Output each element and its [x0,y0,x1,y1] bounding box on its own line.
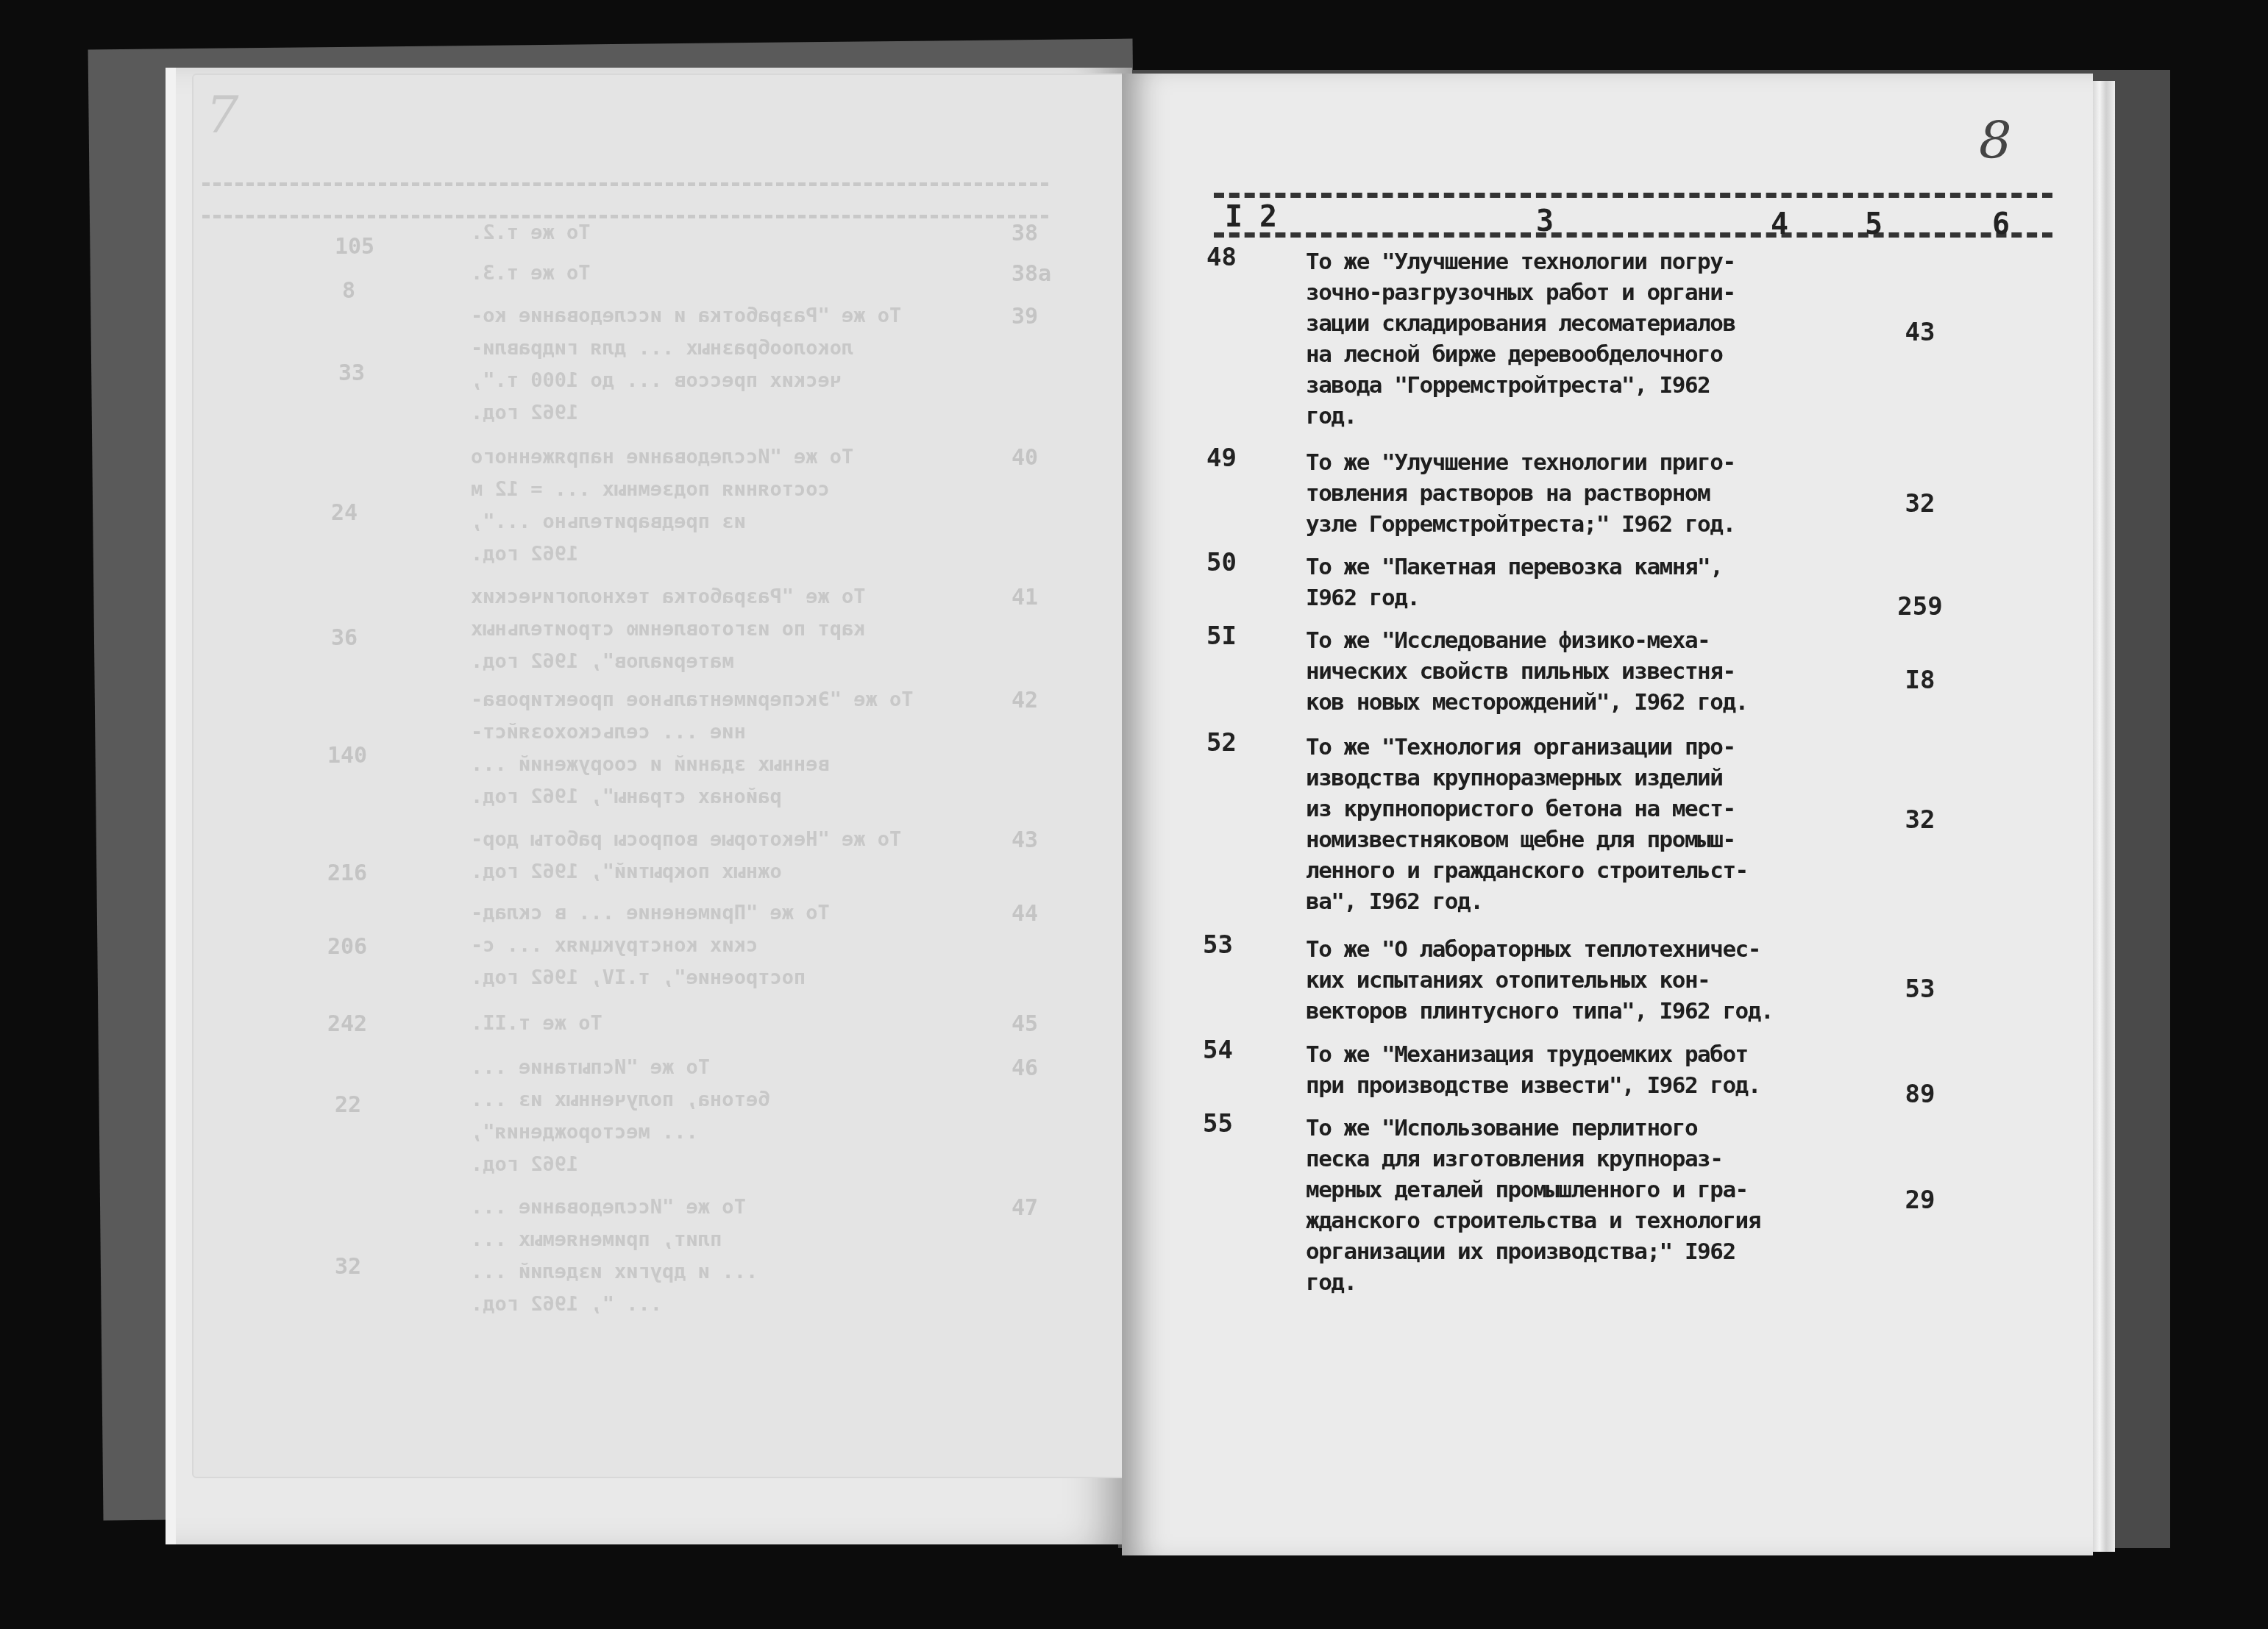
bleed-row-text: То же т.2. [471,217,986,249]
bleed-row-value: 8 [342,278,355,304]
row-number: 48 [1206,243,1237,272]
bleed-row-value: 32 [335,1254,361,1280]
row-description: То же "Улучшение технологии погру- зочно… [1306,246,1835,432]
bleed-row-no: 47 [1012,1195,1038,1221]
bleed-row-value: 105 [335,234,374,260]
handwritten-page-number-right: 8 [1979,110,2012,171]
bleed-row-text: То же "Разработка технологических карт п… [471,581,986,678]
row-description: То же "Технология организации про- извод… [1306,732,1835,917]
col-header-2: 2 [1259,200,1277,234]
row-description: То же "Пакетная перевозка камня", I962 г… [1306,552,1835,613]
bleed-row-no: 40 [1012,445,1038,471]
bleed-row-no: 42 [1012,688,1038,713]
row-value: I8 [1891,666,1949,695]
header-rule-bottom [1214,232,2052,238]
bleed-row-no: 43 [1012,827,1038,853]
row-number: 50 [1206,548,1237,577]
bleed-row-value: 206 [327,934,367,960]
bleed-row-value: 33 [338,360,365,386]
bleed-row-value: 22 [335,1092,361,1118]
col-header-1: I [1225,200,1243,234]
bleed-row-no: 45 [1012,1011,1038,1037]
bleed-row-no: 41 [1012,585,1038,610]
row-number: 53 [1203,930,1233,960]
row-description: То же "О лабораторных теплотехничес- ких… [1306,934,1835,1027]
bleed-row-value: 242 [327,1011,367,1037]
header-rule-top [1214,193,2052,198]
bleed-row-text: То же "Разработка и исследование ко- лок… [471,300,986,429]
row-number: 49 [1206,443,1237,473]
left-header-rule-top [202,182,1048,186]
row-value: 29 [1891,1186,1949,1215]
bleed-row-no: 38 [1012,221,1038,246]
bleed-row-value: 140 [327,743,367,769]
row-number: 52 [1206,728,1237,758]
row-number: 55 [1203,1109,1233,1138]
row-value: 53 [1891,974,1949,1004]
bleed-row-value: 24 [331,500,358,526]
row-number: 5I [1206,621,1237,651]
bleed-row-text: То же "Исследование напряженного состоян… [471,441,986,571]
bleed-row-value: 216 [327,860,367,886]
col-header-4: 4 [1771,207,1788,241]
row-value: 43 [1891,318,1949,347]
bleed-row-text: То же "Испытание ... бетона, полученных … [471,1052,986,1181]
handwritten-page-number-left: 7 [206,85,239,145]
row-description: То же "Механизация трудоемких работ при … [1306,1039,1835,1101]
col-header-6: 6 [1992,207,2010,241]
bleed-row-text: То же "Некоторые вопросы работы дор- ожн… [471,824,986,888]
row-value: 32 [1891,805,1949,835]
bleed-row-value: 36 [331,625,358,651]
col-header-5: 5 [1865,207,1883,241]
bleed-row-text: То же "Экспериментальное проектирова- ни… [471,684,986,813]
bleed-row-text: То же т.II. [471,1008,986,1040]
bleed-row-text: То же "Исследование ... плит, применяемы… [471,1191,986,1321]
row-value: 89 [1891,1080,1949,1109]
bleed-row-text: То же т.3. [471,257,986,290]
row-description: То же "Улучшение технологии приго- товле… [1306,447,1835,540]
row-number: 54 [1203,1035,1233,1065]
row-description: То же "Использование перлитного песка дл… [1306,1113,1835,1298]
col-header-3: 3 [1536,204,1554,238]
bleed-row-no: 39 [1012,304,1038,329]
bleed-row-no: 44 [1012,901,1038,927]
row-value: 259 [1891,592,1949,621]
row-value: 32 [1891,489,1949,518]
page-edges [2093,81,2115,1552]
bleed-row-text: То же "Применение ... в склад- ских конс… [471,897,986,994]
bleed-row-no: 38а [1012,261,1051,287]
row-description: То же "Исследование физико-меха- нически… [1306,625,1835,718]
bleed-row-no: 46 [1012,1055,1038,1081]
